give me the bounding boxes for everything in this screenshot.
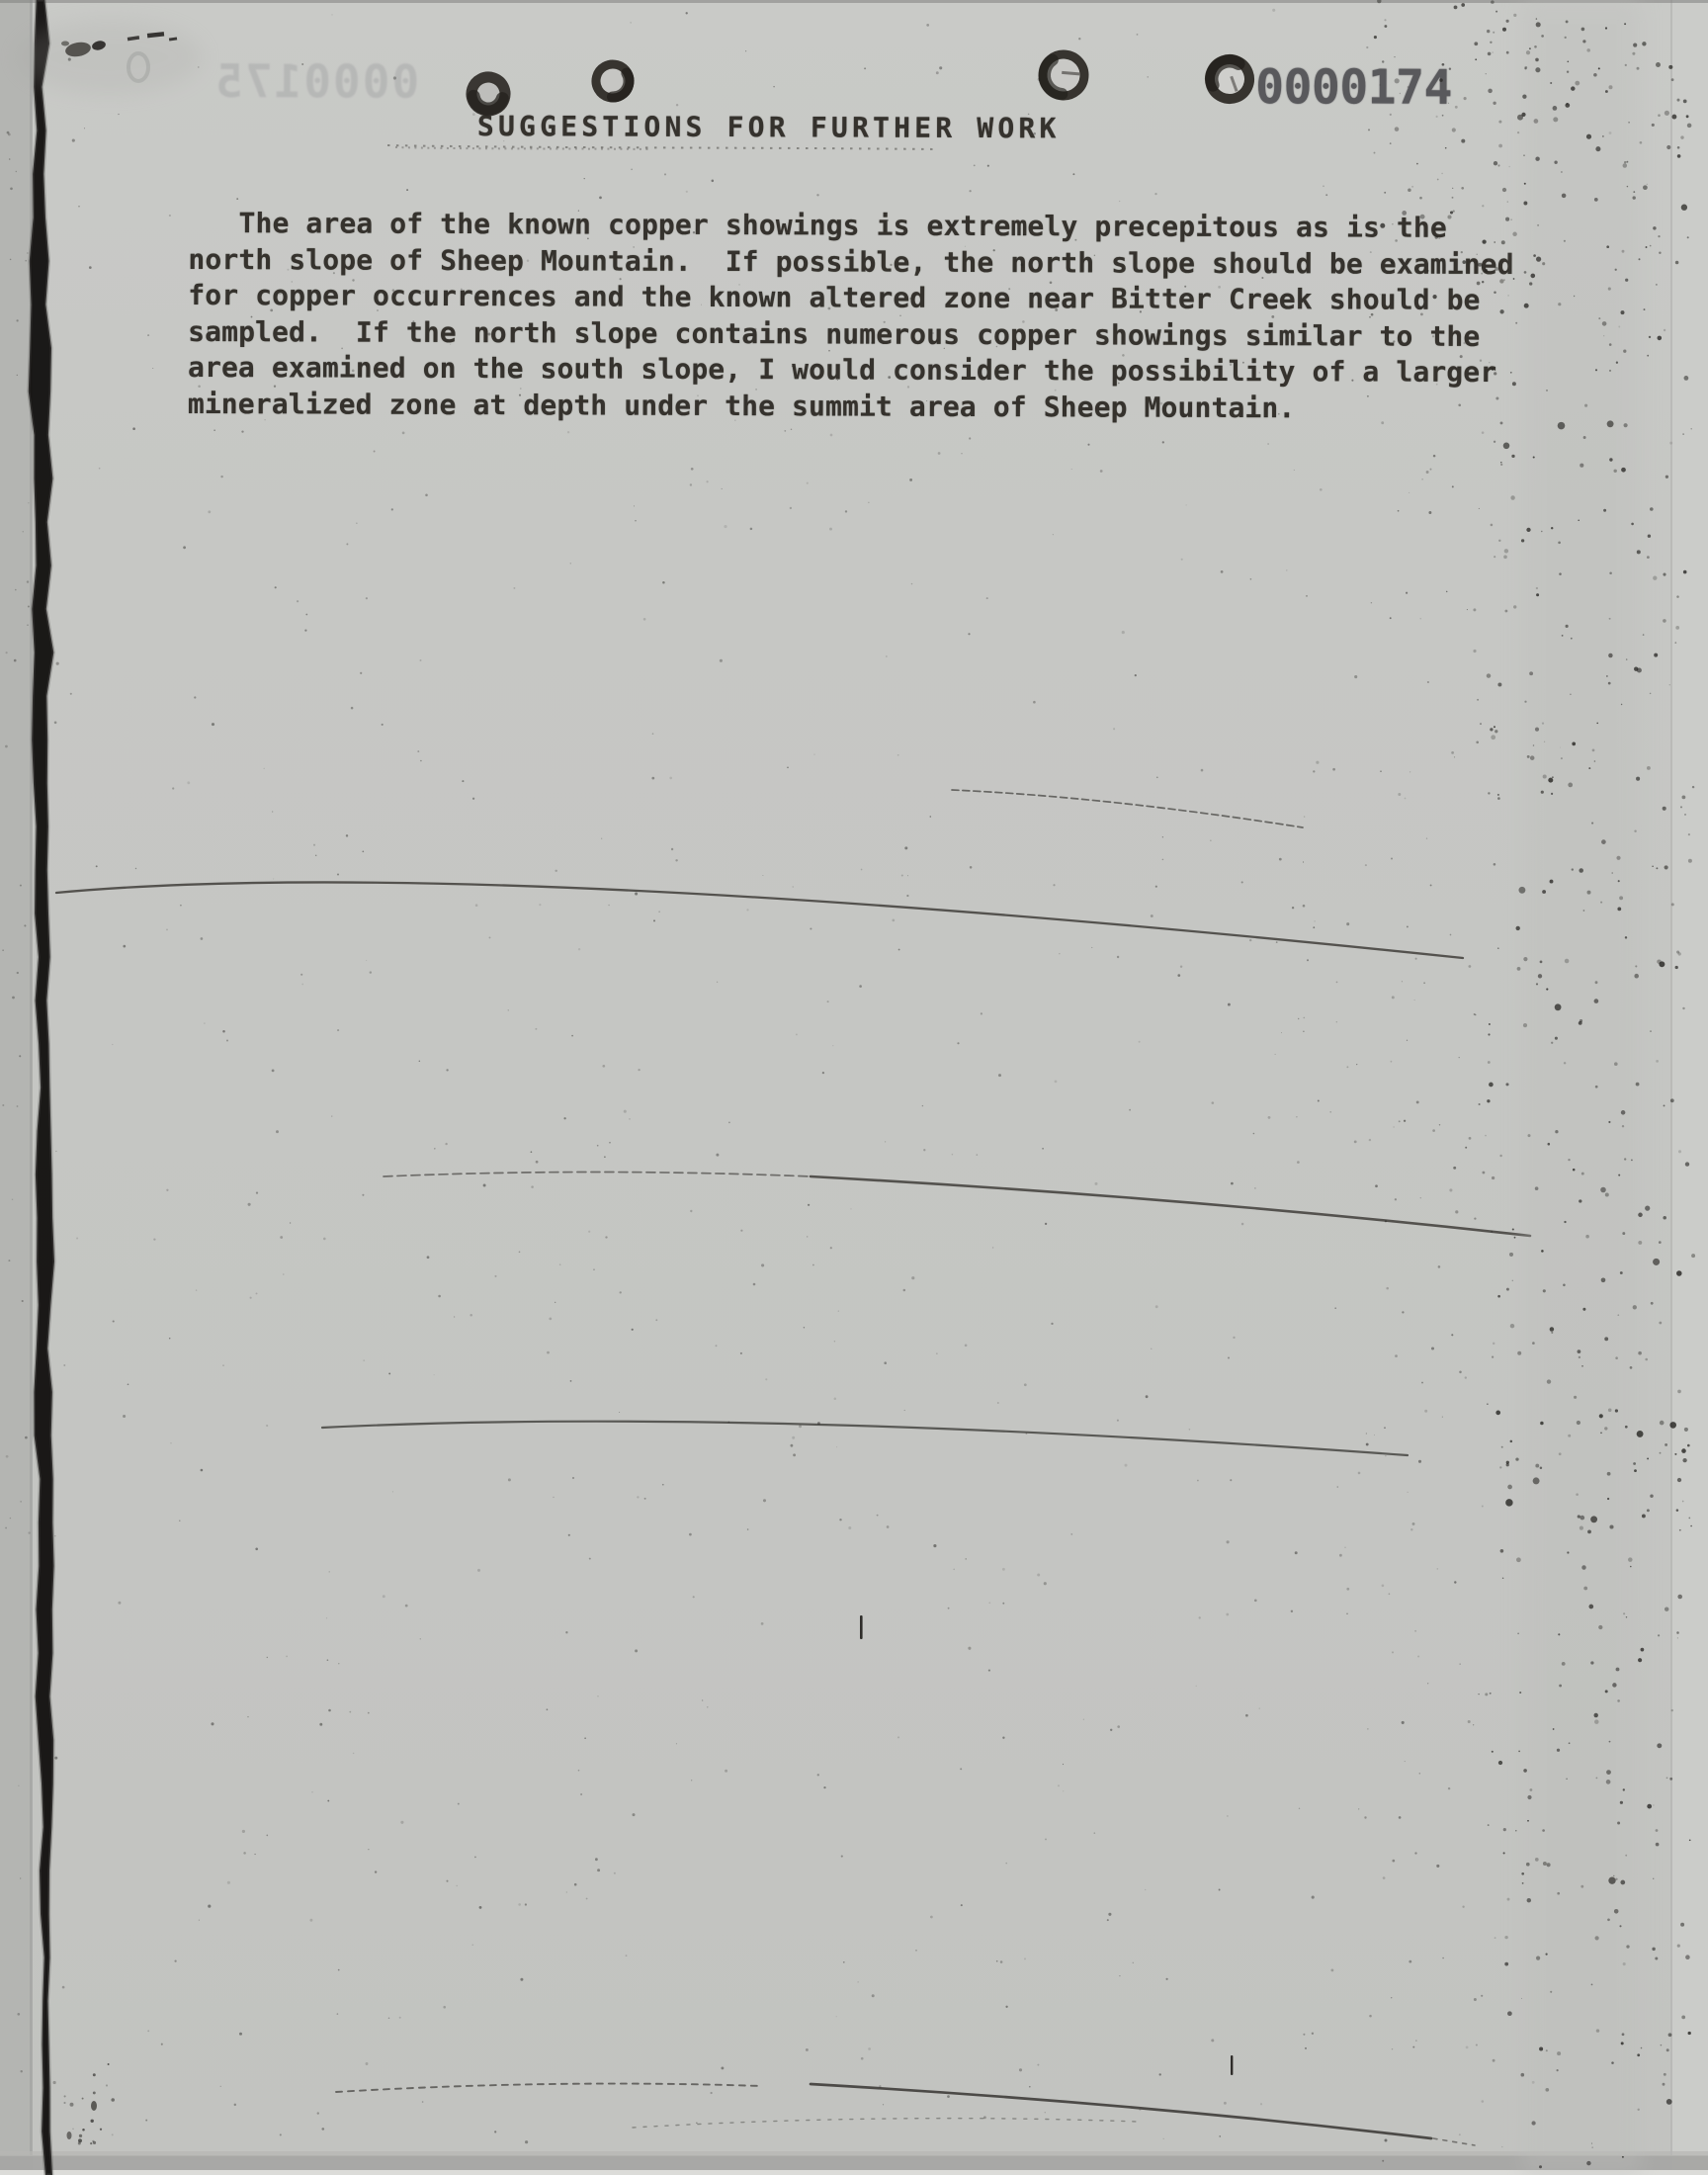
punch-holes	[128, 52, 1255, 115]
scanned-document-page: 0000175 0000174 SUGGESTIONS FOR FURTHER …	[0, 0, 1708, 2175]
punch-hole	[468, 73, 510, 116]
crease-lines	[56, 790, 1530, 2145]
scan-artifact-layer	[0, 0, 1708, 2175]
heading-underline-dots	[387, 145, 937, 149]
paper-shading	[15, 0, 1641, 2175]
page-edges	[0, 0, 1708, 2175]
punch-hole	[1041, 52, 1086, 98]
stray-marks	[67, 1615, 1234, 2139]
punch-hole	[1204, 53, 1254, 104]
punch-hole	[590, 58, 636, 104]
speckle-layer	[2, 0, 1695, 2168]
